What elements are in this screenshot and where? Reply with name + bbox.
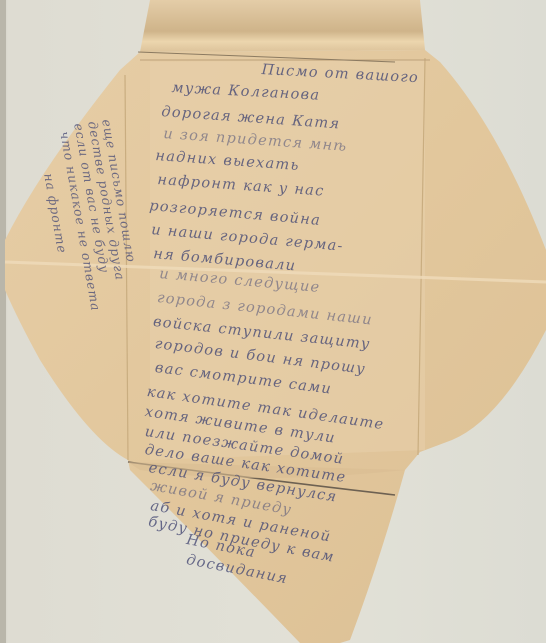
letter-photo: Писмо от вашого мужа Колганова дорогая ж… bbox=[0, 0, 546, 643]
